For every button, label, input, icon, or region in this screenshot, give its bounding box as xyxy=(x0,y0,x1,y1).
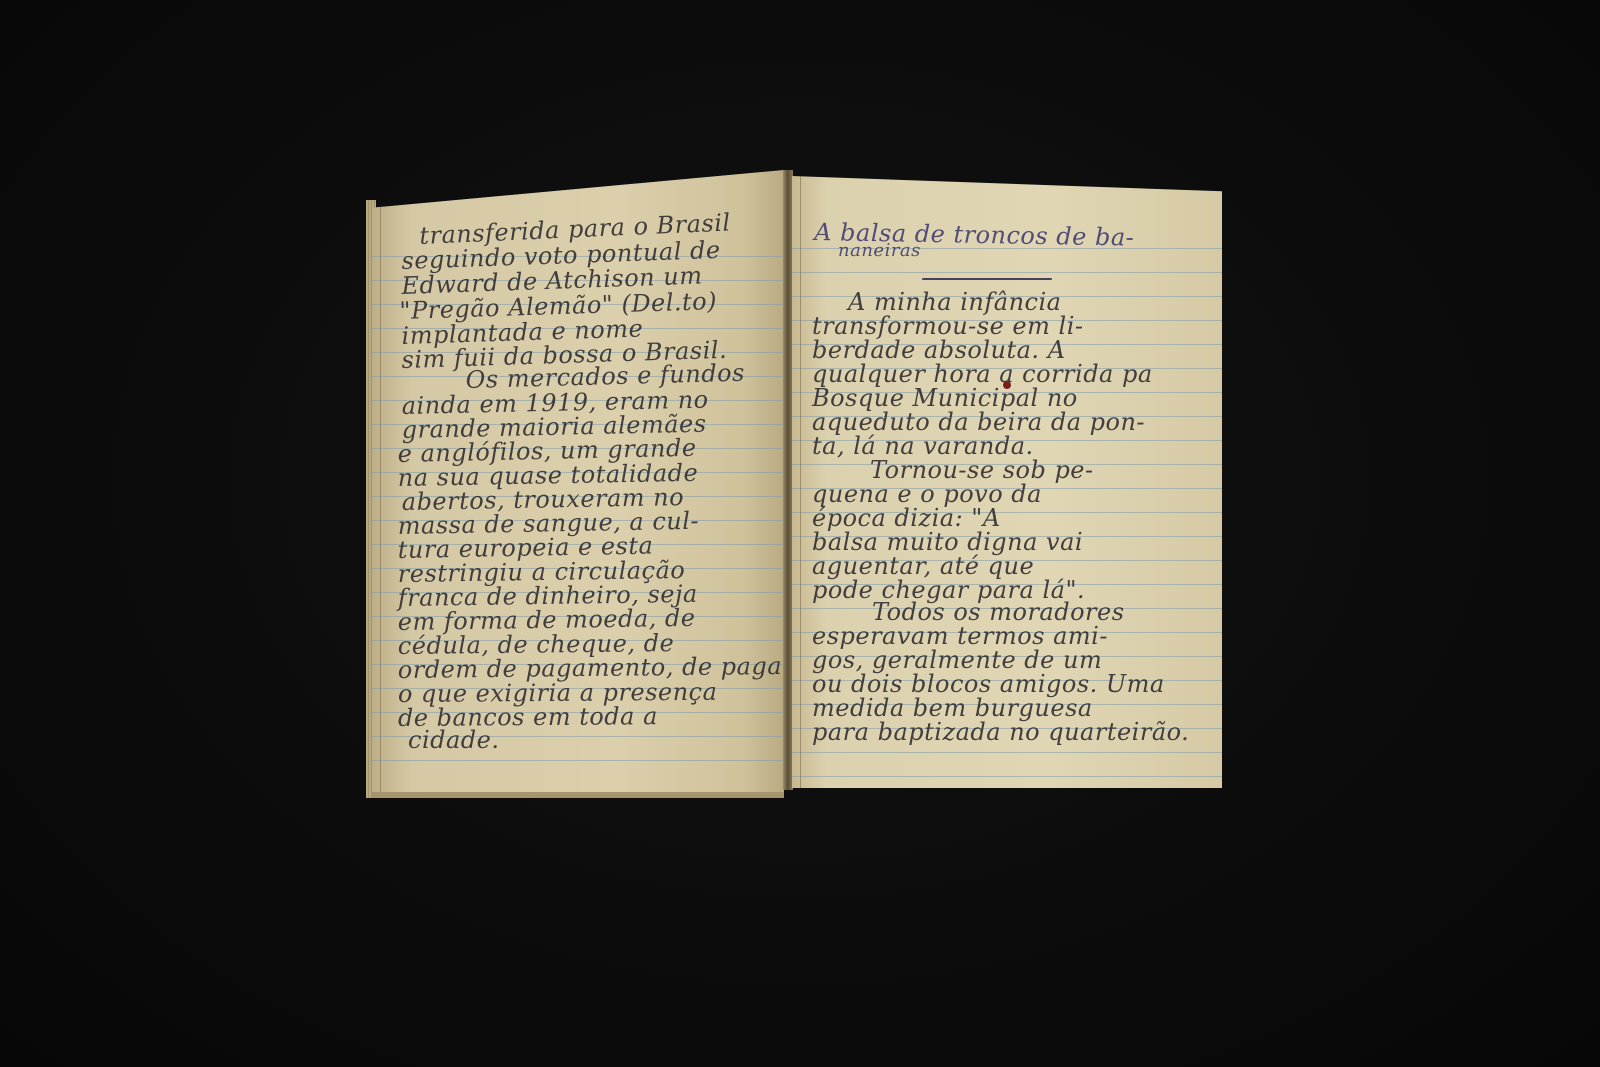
ruled-line xyxy=(792,272,1222,273)
ruled-line xyxy=(792,776,1222,777)
right-page: A balsa de troncos de ba- naneiras A min… xyxy=(792,176,1222,788)
notebook: transferida para o Brasil seguindo voto … xyxy=(0,0,1600,1067)
handwritten-line: cidade. xyxy=(408,726,499,754)
ink-stain xyxy=(1003,381,1011,389)
left-page: transferida para o Brasil seguindo voto … xyxy=(372,170,784,798)
ruled-line xyxy=(372,760,784,761)
page-bottom-edge xyxy=(372,792,784,798)
handwritten-line: para baptizada no quarteirão. xyxy=(812,718,1189,746)
page-margin-line xyxy=(380,170,381,798)
page-heading-continued: naneiras xyxy=(838,240,921,261)
page-margin-line xyxy=(800,176,801,788)
notebook-spine xyxy=(783,170,793,790)
ruled-line xyxy=(792,752,1222,753)
heading-underline xyxy=(922,278,1052,280)
